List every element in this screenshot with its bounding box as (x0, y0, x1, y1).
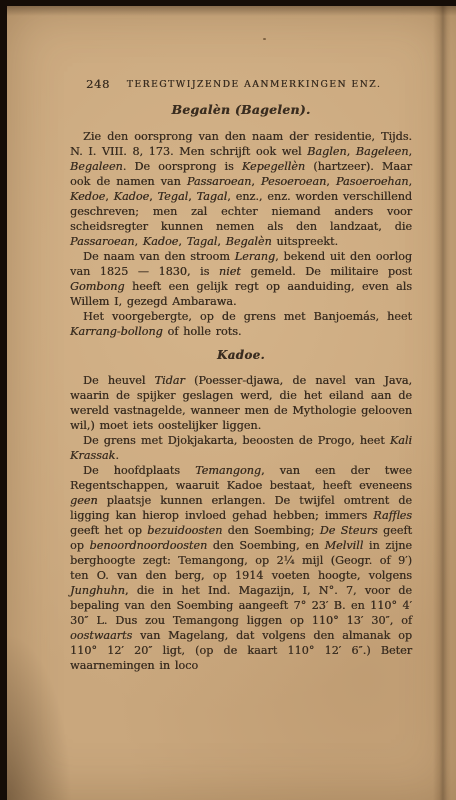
body-text: uitspreekt. (272, 235, 338, 248)
body-text: gemeld. De militaire post (241, 265, 412, 278)
italic-text: Lerang (235, 250, 275, 263)
italic-text: niet (219, 265, 241, 278)
italic-text: Begalèn (226, 235, 272, 248)
paragraph: De heuvel Tidar (Poesser-djawa, de navel… (70, 373, 412, 433)
page-text: Begalèn (Bagelen).Zie den oorsprong van … (70, 102, 412, 673)
body-text: den Soembing; (222, 524, 319, 537)
italic-text: Begaleen (70, 160, 123, 173)
italic-text: Pesoeroean (261, 175, 326, 188)
italic-text: De Steurs (320, 524, 378, 537)
italic-text: Tagal (187, 235, 218, 248)
italic-text: Kadoe (114, 190, 150, 203)
paragraph: De grens met Djokjakarta, beoosten de Pr… (70, 433, 412, 463)
paragraph: Zie den oorsprong van den naam der resid… (70, 129, 412, 249)
body-text: of holle rots. (163, 325, 242, 338)
italic-text: Karrang-bollong (70, 325, 163, 338)
italic-text: Kadoe (143, 235, 179, 248)
italic-text: Tegal (158, 190, 189, 203)
body-text: den Soembing, en (207, 539, 324, 552)
italic-text: Junghuhn (70, 584, 125, 597)
italic-text: Melvill (325, 539, 364, 552)
body-text: , (105, 190, 113, 203)
body-text: plaatsje kunnen erlangen. De twijfel omt… (70, 494, 412, 522)
italic-text: Raffles (373, 509, 412, 522)
paragraph: De hoofdplaats Temangong, van een der tw… (70, 463, 412, 673)
page-surface: 248 TEREGTWIJZENDE AANMERKINGEN ENZ. Beg… (7, 6, 456, 800)
body-text: , (326, 175, 336, 188)
italic-text: Gombong (70, 280, 125, 293)
paragraph: Het voorgebergte, op de grens met Banjoe… (70, 309, 412, 339)
body-text: , (178, 235, 186, 248)
italic-text: Tagal (197, 190, 228, 203)
italic-text: Tidar (155, 374, 185, 387)
italic-text: Pasoeroehan (336, 175, 409, 188)
page-crease-shadow (433, 6, 451, 800)
page-header: 248 TEREGTWIJZENDE AANMERKINGEN ENZ. (70, 77, 412, 93)
body-text: , (408, 175, 412, 188)
body-text: , (251, 175, 261, 188)
page-text-column: 248 TEREGTWIJZENDE AANMERKINGEN ENZ. Beg… (70, 77, 412, 673)
italic-text: benoordnoordoosten (89, 539, 207, 552)
section-subheading: Kadoe. (70, 348, 412, 363)
body-text: De heuvel (83, 374, 155, 387)
italic-text: bezuidoosten (147, 524, 222, 537)
body-text: , (408, 145, 412, 158)
body-text: De hoofdplaats (83, 464, 195, 477)
section-title: Begalèn (Bagelen). (70, 102, 412, 117)
italic-text: Baglen (307, 145, 346, 158)
italic-text: Kepegellèn (242, 160, 305, 173)
italic-text: Passaroean (187, 175, 251, 188)
body-text: De grens met Djokjakarta, beoosten de Pr… (83, 434, 390, 447)
body-text: . De oorsprong is (123, 160, 242, 173)
body-text: De naam van den stroom (83, 250, 235, 263)
italic-text: Kedoe (70, 190, 105, 203)
paragraph: De naam van den stroom Lerang, bekend ui… (70, 249, 412, 309)
italic-text: oostwaarts (70, 629, 132, 642)
body-text: , (217, 235, 225, 248)
body-text: geeft het op (70, 524, 147, 537)
body-text: Het voorgebergte, op de grens met Banjoe… (83, 310, 412, 323)
running-header: TEREGTWIJZENDE AANMERKINGEN ENZ. (70, 77, 412, 92)
body-text: , (149, 190, 157, 203)
page-number: 248 (86, 77, 110, 92)
body-text: , (134, 235, 142, 248)
italic-text: Bageleen (356, 145, 409, 158)
body-text: , (347, 145, 356, 158)
italic-text: Passaroean (70, 235, 134, 248)
body-text: . (115, 449, 119, 462)
book-photo: { "colors":{ "paper":"#c9a77d", "ink":"#… (0, 0, 456, 800)
italic-text: geen (70, 494, 98, 507)
body-text: , (188, 190, 196, 203)
paper-speck (263, 38, 266, 40)
italic-text: Temangong (195, 464, 261, 477)
